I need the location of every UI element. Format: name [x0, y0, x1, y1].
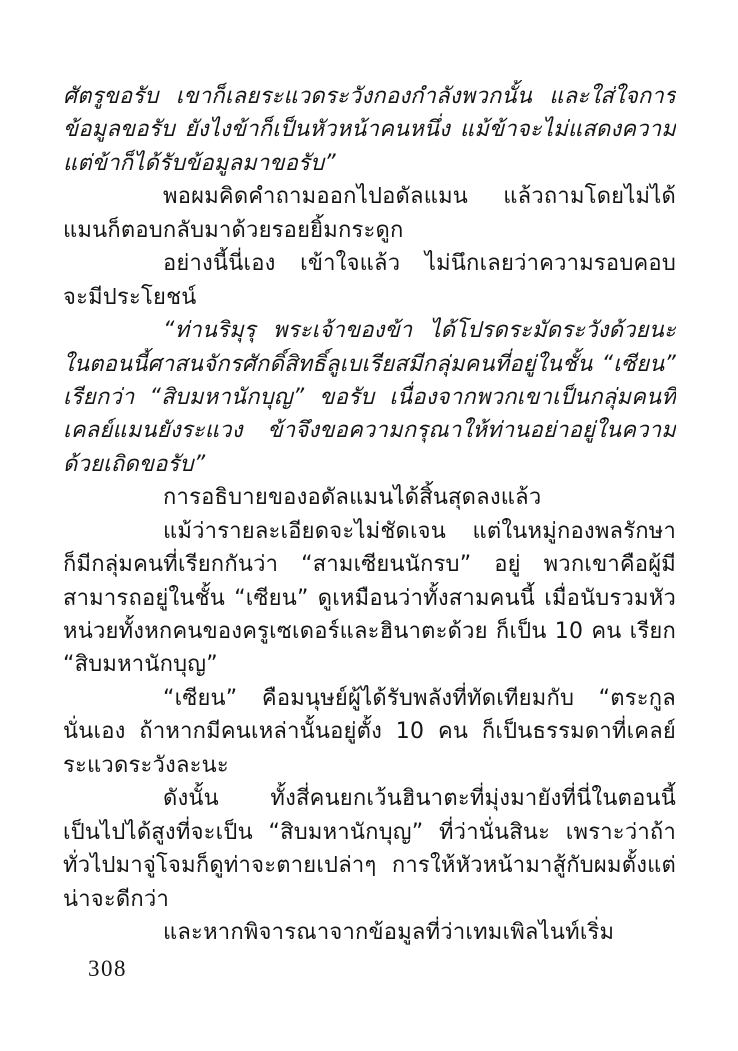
book-page: ศัตรูขอรับ เขาก็เลยระแวดระวังกองกำลังพวก…	[0, 0, 738, 1051]
text-line: แมนก็ตอบกลับมาด้วยรอยยิ้มกระดูก	[63, 214, 676, 247]
text-line: ข้อมูลขอรับ ยังไงข้าก็เป็นหัวหน้าคนหนึ่ง…	[63, 113, 676, 146]
text-line: หน่วยทั้งหกคนของครูเซเดอร์และฮินาตะด้วย …	[63, 615, 676, 648]
text-line: ศัตรูขอรับ เขาก็เลยระแวดระวังกองกำลังพวก…	[63, 80, 676, 113]
text-line: การอธิบายของอดัลแมนได้สิ้นสุดลงแล้ว	[63, 481, 676, 514]
text-line: ในตอนนี้ศาสนจักรศักดิ์สิทธิ์ลูเบเรียสมีก…	[63, 348, 676, 381]
text-line: ด้วยเถิดขอรับ”	[63, 448, 676, 481]
text-line: และหากพิจารณาจากข้อมูลที่ว่าเทมเพิลไนท์เ…	[63, 916, 676, 949]
text-line: ระแวดระวังละนะ	[63, 749, 676, 782]
page-number: 308	[88, 956, 127, 982]
text-line: อย่างนี้นี่เอง เข้าใจแล้ว ไม่นึกเลยว่าคว…	[63, 247, 676, 280]
text-line: พอผมคิดคำถามออกไปอดัลแมน แล้วถามโดยไม่ได…	[63, 180, 676, 213]
text-line: แต่ข้าก็ได้รับข้อมูลมาขอรับ”	[63, 147, 676, 180]
page-text: ศัตรูขอรับ เขาก็เลยระแวดระวังกองกำลังพวก…	[63, 80, 676, 949]
text-line: จะมีประโยชน์	[63, 281, 676, 314]
text-line: แม้ว่ารายละเอียดจะไม่ชัดเจน แต่ในหมู่กอง…	[63, 515, 676, 548]
text-line: เคลย์แมนยังระแวง ข้าจึงขอความกรุณาให้ท่า…	[63, 414, 676, 447]
text-line: ก็มีกลุ่มคนที่เรียกกันว่า “สามเซียนนักรบ…	[63, 548, 676, 581]
text-line: “เซียน” คือมนุษย์ผู้ได้รับพลังที่ทัดเทีย…	[63, 682, 676, 715]
text-line: เรียกว่า “สิบมหานักบุญ” ขอรับ เนื่องจากพ…	[63, 381, 676, 414]
text-line: น่าจะดีกว่า	[63, 883, 676, 916]
text-line: ทั่วไปมาจู่โจมก็ดูท่าจะตายเปล่าๆ การให้ห…	[63, 849, 676, 882]
text-line: “สิบมหานักบุญ”	[63, 648, 676, 681]
text-line: เป็นไปได้สูงที่จะเป็น “สิบมหานักบุญ” ที่…	[63, 816, 676, 849]
text-line: สามารถอยู่ในชั้น “เซียน” ดูเหมือนว่าทั้ง…	[63, 582, 676, 615]
text-line: ดังนั้น ทั้งสี่คนยกเว้นฮินาตะที่มุ่งมายั…	[63, 782, 676, 815]
text-line: “ท่านริมุรุ พระเจ้าของข้า ได้โปรดระมัดระ…	[63, 314, 676, 347]
text-line: นั่นเอง ถ้าหากมีคนเหล่านั้นอยู่ตั้ง 10 ค…	[63, 715, 676, 748]
